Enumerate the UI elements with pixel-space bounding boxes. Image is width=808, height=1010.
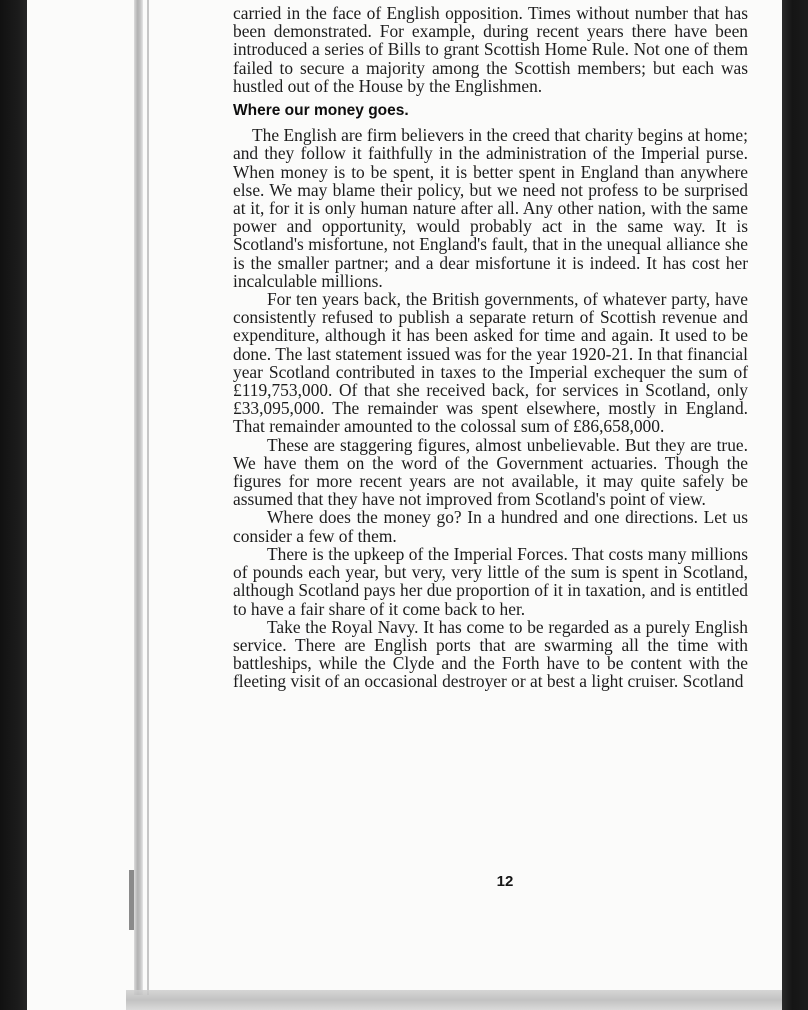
gutter-line <box>147 0 149 995</box>
section-heading: Where our money goes. <box>233 102 748 120</box>
gutter-smudge <box>129 870 134 930</box>
paragraph-continued: carried in the face of English oppositio… <box>233 4 748 95</box>
paragraph: There is the upkeep of the Imperial Forc… <box>233 545 748 618</box>
paragraph: The English are firm believers in the cr… <box>233 126 748 290</box>
page-gutter <box>131 0 177 1010</box>
scan-border-right <box>782 0 808 1010</box>
scan-border-left <box>0 0 27 1010</box>
paragraph: Take the Royal Navy. It has come to be r… <box>233 618 748 691</box>
paragraph: Where does the money go? In a hundred an… <box>233 508 748 544</box>
page-number: 12 <box>490 873 520 890</box>
gutter-shadow <box>134 0 143 995</box>
page-bottom-edge <box>126 990 782 1010</box>
paragraph: For ten years back, the British governme… <box>233 290 748 436</box>
body-text: carried in the face of English oppositio… <box>233 4 748 691</box>
paragraph: These are staggering figures, almost unb… <box>233 436 748 509</box>
